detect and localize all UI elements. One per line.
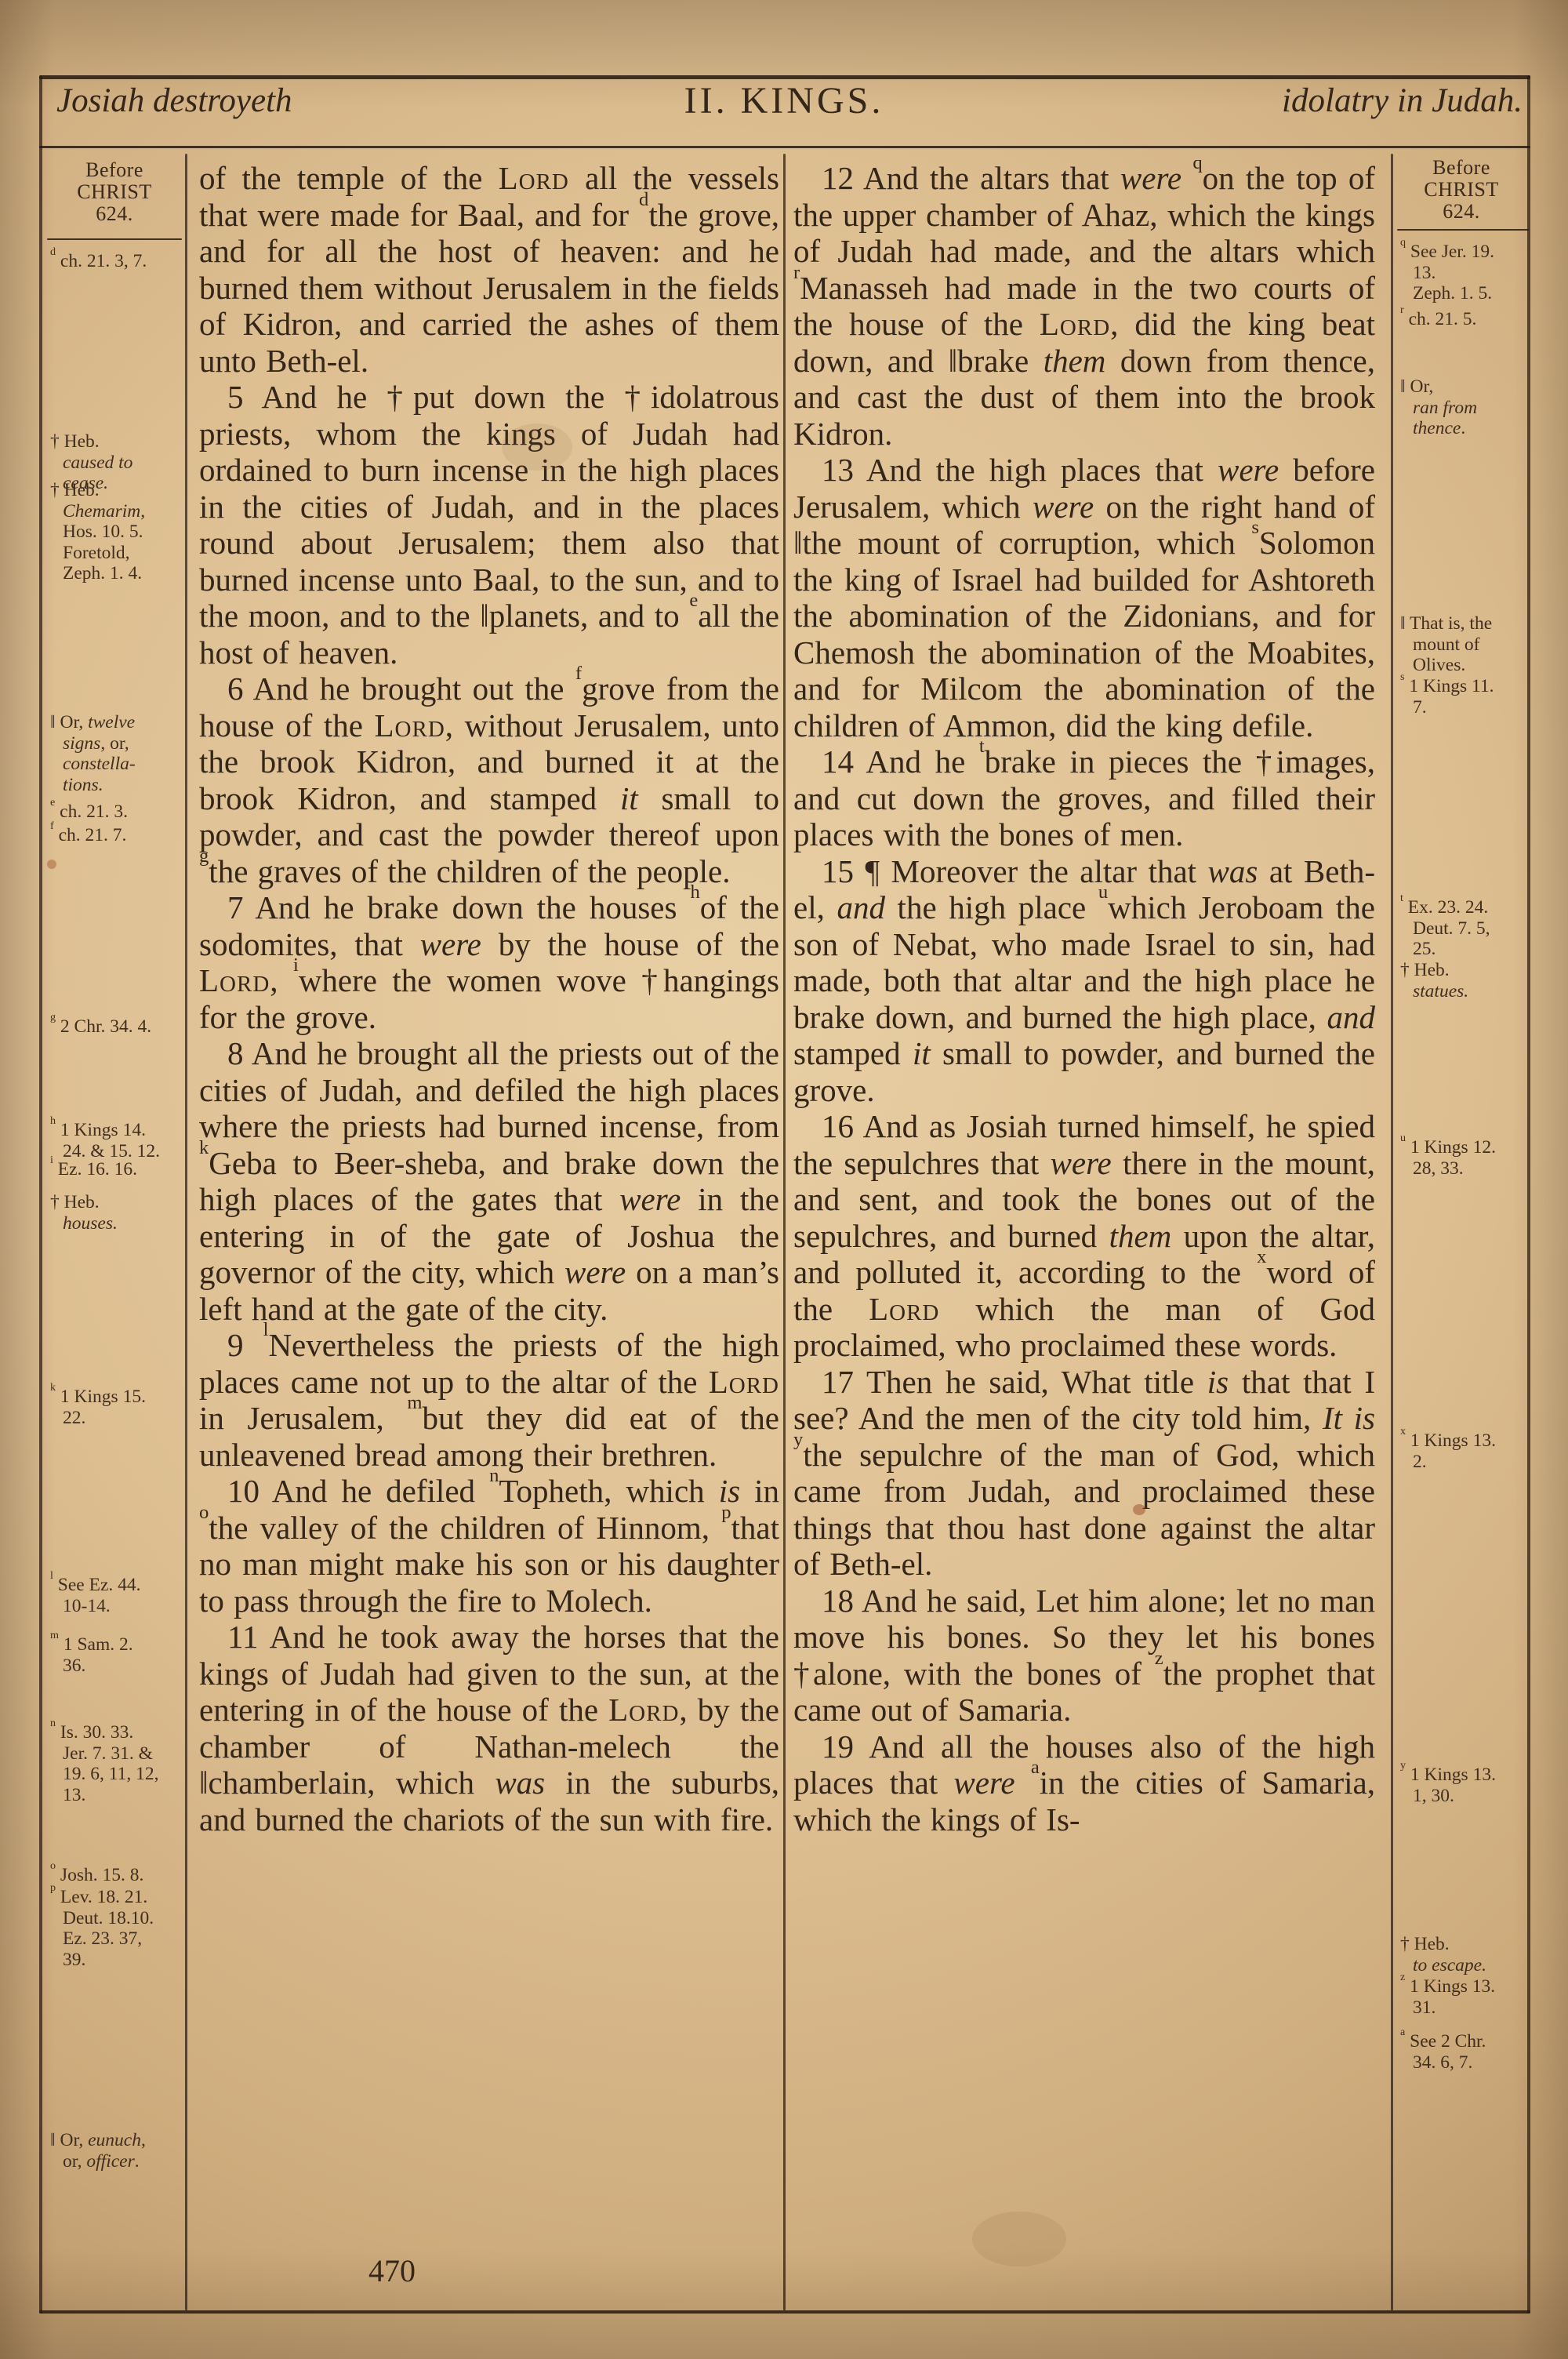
header-rule [39, 146, 1530, 148]
verse-paragraph: 5 And he †put down the †idolatrous pries… [199, 379, 779, 671]
margin-note: z 1 Kings 13.31. [1400, 1976, 1540, 2018]
bc-rule-right [1397, 229, 1529, 231]
margin-note: † Heb.Chemarim,Hos. 10. 5.Foretold,Zeph.… [50, 480, 194, 584]
verse-paragraph: 6 And he brought out the fgrove from the… [199, 671, 779, 889]
margin-note: f ch. 21. 7. [50, 825, 194, 846]
bc-heading-right: Before CHRIST 624. [1396, 157, 1527, 223]
margin-note: n Is. 30. 33.Jer. 7. 31. &19. 6, 11, 12,… [50, 1722, 194, 1805]
verse-paragraph: 17 Then he said, What title is that that… [793, 1364, 1375, 1583]
running-head-right: idolatry in Judah. [1282, 83, 1523, 119]
margin-note: o Josh. 15. 8. [50, 1865, 194, 1886]
bc-heading-left: Before CHRIST 624. [45, 159, 183, 225]
verse-paragraph: 11 And he took away the horses that the … [199, 1619, 779, 1837]
margin-note: s 1 Kings 11.7. [1400, 676, 1540, 718]
margin-note: † Heb.houses. [50, 1192, 194, 1234]
margin-note: ‖ Or,ran fromthence. [1400, 376, 1540, 439]
verse-paragraph: 18 And he said, Let him alone; let no ma… [793, 1583, 1375, 1728]
verse-paragraph: of the temple of the Lord all the vessel… [199, 160, 779, 379]
paper-stain [47, 860, 56, 869]
verse-paragraph: 16 And as Josiah turned himself, he spie… [793, 1108, 1375, 1364]
column-divider [783, 154, 786, 2310]
verse-paragraph: 10 And he defiled nTopheth, which is in … [199, 1473, 779, 1619]
verse-paragraph: 7 And he brake down the houses hof the s… [199, 889, 779, 1035]
verse-paragraph: 13 And the high places that were before … [793, 452, 1375, 743]
margin-note: g 2 Chr. 34. 4. [50, 1016, 194, 1038]
verse-paragraph: 9 lNevertheless the priests of the high … [199, 1327, 779, 1473]
bottom-rule [39, 2310, 1530, 2314]
margin-note: q See Jer. 19.13.Zeph. 1. 5. [1400, 242, 1540, 304]
verse-paragraph: 12 And the altars that were qon the top … [793, 160, 1375, 452]
page: Josiah destroyeth II. KINGS. idolatry in… [0, 0, 1568, 2359]
verse-paragraph: 8 And he brought all the priests out of … [199, 1035, 779, 1327]
margin-note: ‖ Or, twelvesigns, or,constella-tions. [50, 712, 194, 795]
right-margin-divider [1391, 154, 1393, 2310]
margin-note: i Ez. 16. 16. [50, 1159, 194, 1180]
margin-note: y 1 Kings 13.1, 30. [1400, 1765, 1540, 1806]
margin-note: t Ex. 23. 24.Deut. 7. 5,25. [1400, 897, 1540, 960]
margin-note: † Heb.to escape. [1400, 1934, 1540, 1976]
text-column-2: 12 And the altars that were qon the top … [793, 160, 1375, 2290]
margin-note: † Heb.statues. [1400, 960, 1540, 1001]
page-number: 470 [298, 2252, 486, 2289]
margin-note: ‖ That is, themount ofOlives. [1400, 613, 1540, 676]
text-column-1: of the temple of the Lord all the vessel… [199, 160, 779, 2249]
margin-note: u 1 Kings 12.28, 33. [1400, 1137, 1540, 1179]
margin-note: h 1 Kings 14.24. & 15. 12. [50, 1120, 194, 1161]
margin-note: e ch. 21. 3. [50, 801, 194, 823]
bc-rule-left [47, 238, 182, 240]
margin-note: r ch. 21. 5. [1400, 309, 1540, 330]
margin-note: m 1 Sam. 2.36. [50, 1634, 194, 1676]
margin-note: p Lev. 18. 21.Deut. 18.10.Ez. 23. 37,39. [50, 1887, 194, 1970]
verse-paragraph: 19 And all the houses also of the high p… [793, 1728, 1375, 1838]
left-frame-line [39, 75, 42, 2314]
verse-paragraph: 14 And he tbrake in pieces the †images, … [793, 743, 1375, 853]
top-rule [39, 75, 1530, 79]
margin-note: l See Ez. 44.10-14. [50, 1575, 194, 1616]
margin-note: k 1 Kings 15.22. [50, 1387, 194, 1428]
margin-note: d ch. 21. 3, 7. [50, 251, 194, 272]
verse-paragraph: 15 ¶ Moreover the altar that was at Beth… [793, 853, 1375, 1109]
margin-note: ‖ Or, eunuch,or, officer. [50, 2130, 194, 2172]
margin-note: a See 2 Chr.34. 6, 7. [1400, 2031, 1540, 2073]
margin-note: x 1 Kings 13.2. [1400, 1430, 1540, 1472]
